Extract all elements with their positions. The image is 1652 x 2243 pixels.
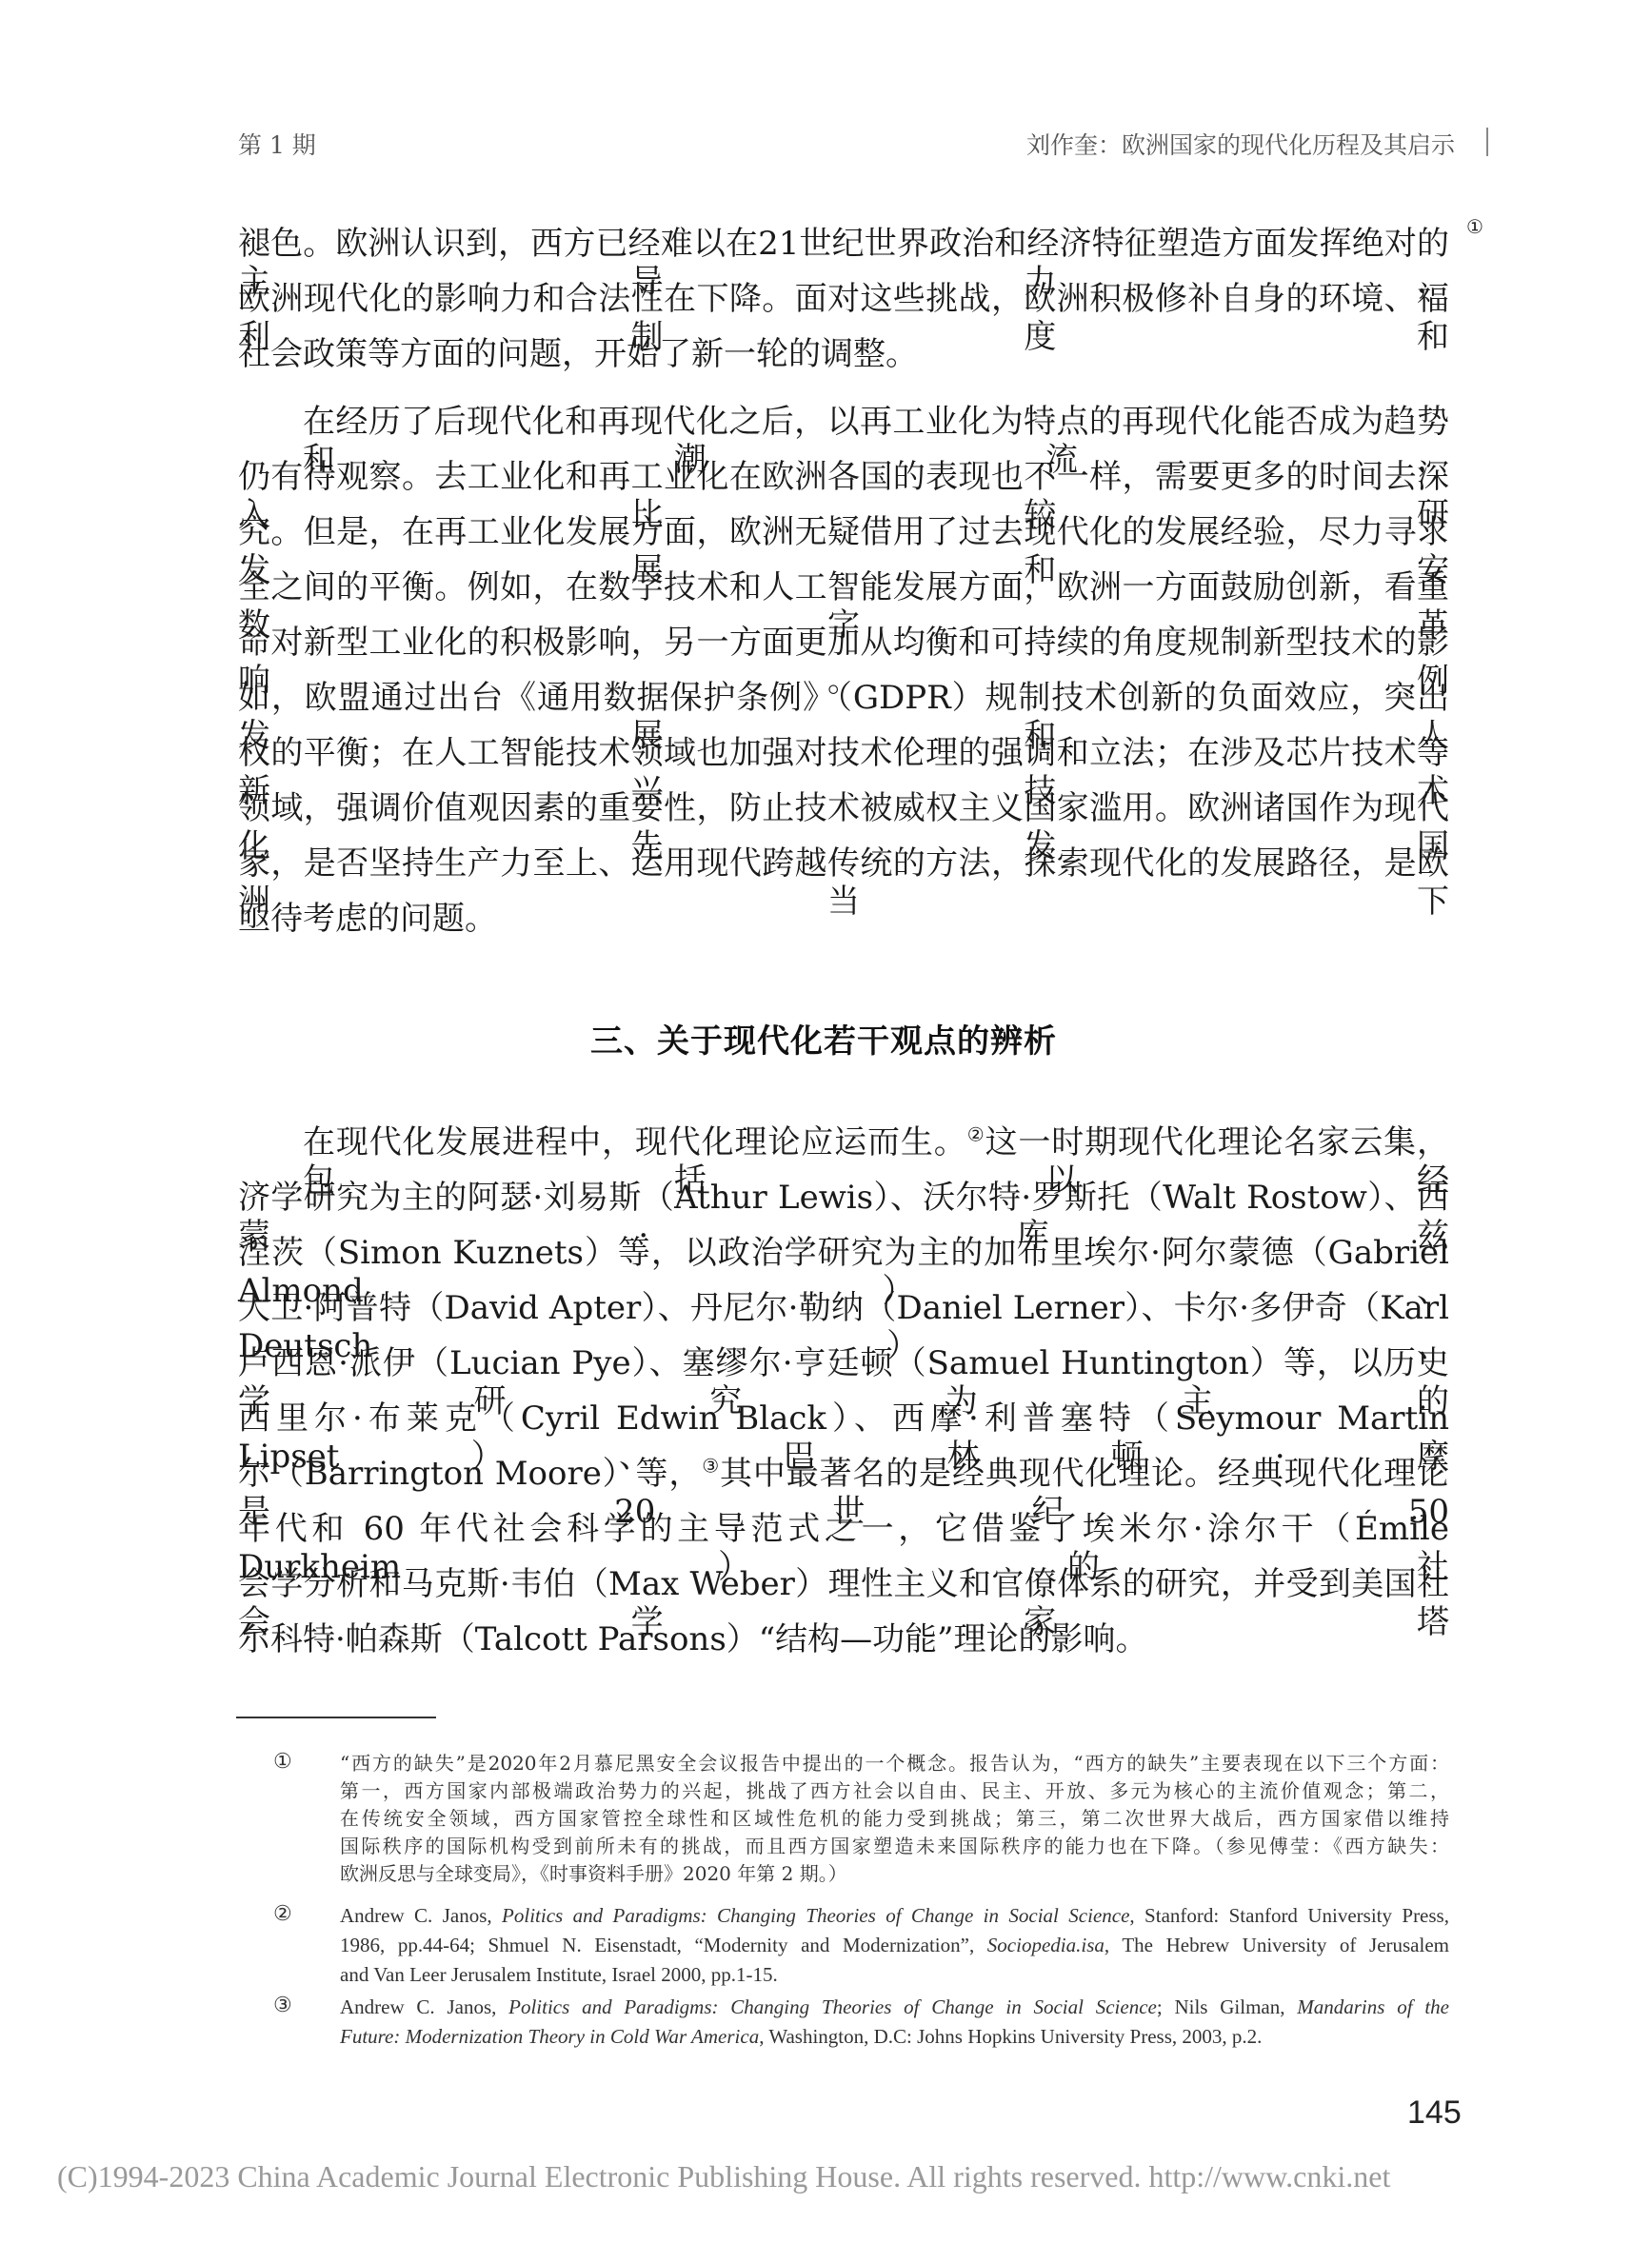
body-line: 在经历了后现代化和再现代化之后，以再工业化为特点的再现代化能否成为趋势和潮流， — [303, 403, 1449, 441]
body-line: 仍有待观察。去工业化和再工业化在欧洲各国的表现也不一样，需要更多的时间去深入比较… — [238, 458, 1449, 496]
footnote-line: and Van Leer Jerusalem Institute, Israel… — [340, 1962, 1449, 1987]
citation-text: , The Hebrew University of Jerusalem — [1105, 1934, 1449, 1956]
copyright-notice: (C)1994-2023 China Academic Journal Elec… — [57, 2159, 1390, 2194]
footnote-ref-3[interactable]: ③ — [702, 1455, 720, 1478]
body-line: 在现代化发展进程中，现代化理论应运而生。②这一时期现代化理论名家云集，包括以经 — [303, 1123, 1449, 1161]
body-line: 尔（Barrington Moore）等，③其中最著名的是经典现代化理论。经典现… — [238, 1455, 1449, 1493]
issue-number: 第 1 期 — [238, 127, 316, 161]
citation-publisher: , Washington, D.C: Johns Hopkins Univers… — [759, 2025, 1262, 2048]
footnote-line: 国际秩序的国际机构受到前所未有的挑战，而且西方国家塑造未来国际秩序的能力也在下降… — [340, 1834, 1449, 1858]
body-line: 权的平衡；在人工智能技术领域也加强对技术伦理的强调和立法；在涉及芯片技术等新兴技… — [238, 734, 1449, 772]
body-line: 亟待考虑的问题。 — [238, 900, 1449, 938]
body-line: 如，欧盟通过出台《通用数据保护条例》（GDPR）规制技术创新的负面效应，突出发展… — [238, 679, 1449, 717]
body-line: 褪色。欧洲认识到，西方已经难以在21世纪世界政治和经济特征塑造方面发挥绝对的主导… — [238, 225, 1449, 263]
footnote-marker: ③ — [273, 1994, 292, 2017]
footnote-line: 1986, pp.44-64; Shmuel N. Eisenstadt, “M… — [340, 1933, 1449, 1957]
body-line: 欧洲现代化的影响力和合法性在下降。面对这些挑战，欧洲积极修补自身的环境、福利制度… — [238, 280, 1449, 318]
body-line: 家，是否坚持生产力至上、运用现代跨越传统的方法，探索现代化的发展路径，是欧洲当下 — [238, 844, 1449, 883]
citation-title: Politics and Paradigms: Changing Theorie… — [508, 1995, 1157, 2018]
body-line: 会学分析和马克斯·韦伯（Max Weber）理性主义和官僚体系的研究，并受到美国… — [238, 1565, 1449, 1603]
body-line: 社会政策等方面的问题，开始了新一轮的调整。 — [238, 335, 1449, 373]
footnote-ref-2[interactable]: ② — [967, 1123, 985, 1146]
citation-title: Future: Modernization Theory in Cold War… — [340, 2025, 759, 2048]
footnote-line: Andrew C. Janos, Politics and Paradigms:… — [340, 1903, 1449, 1928]
citation-title: Politics and Paradigms: Changing Theorie… — [502, 1904, 1129, 1927]
citation-publisher: , Stanford: Stanford University Press, — [1129, 1904, 1449, 1927]
line-text: 尔科特·帕森斯（Talcott Parsons）“结构—功能”理论的影响。 — [238, 1620, 1449, 1658]
body-line: 西里尔·布莱克（Cyril Edwin Black）、西摩·利普塞特（Seymo… — [238, 1399, 1449, 1438]
footnote-line: “西方的缺失”是2020年2月慕尼黑安全会议报告中提出的一个概念。报告认为，“西… — [340, 1751, 1449, 1776]
footnote-line: Future: Modernization Theory in Cold War… — [340, 2024, 1449, 2049]
citation-journal: Sociopedia.isa — [987, 1934, 1105, 1956]
footnote-line: 在传统安全领域，西方国家管控全球性和区域性危机的能力受到挑战；第三，第二次世界大… — [340, 1806, 1449, 1831]
body-line: 全之间的平衡。例如，在数字技术和人工智能发展方面，欧洲一方面鼓励创新，看重数字革 — [238, 568, 1449, 606]
body-line: 济学研究为主的阿瑟·刘易斯（Athur Lewis）、沃尔特·罗斯托（Walt … — [238, 1179, 1449, 1217]
footnote-marker: ② — [273, 1902, 292, 1926]
body-line: 年代和 60 年代社会科学的主导范式之一，它借鉴了埃米尔·涂尔干（Émile D… — [238, 1510, 1449, 1548]
footnote-marker: ① — [273, 1750, 292, 1774]
footnote-line: Andrew C. Janos, Politics and Paradigms:… — [340, 1995, 1449, 2019]
citation-author: Andrew C. Janos, — [340, 1904, 502, 1927]
body-line: 命对新型工业化的积极影响，另一方面更加从均衡和可持续的角度规制新型技术的影响。例 — [238, 624, 1449, 662]
footnote-line: 第一，西方国家内部极端政治势力的兴起，挑战了西方社会以自由、民主、开放、多元为核… — [340, 1778, 1449, 1803]
header-divider — [1486, 128, 1488, 156]
body-line: 究。但是，在再工业化发展方面，欧洲无疑借用了过去现代化的发展经验，尽力寻求发展和… — [238, 513, 1449, 551]
citation-title: Mandarins of the — [1297, 1995, 1449, 2018]
body-line: 领域，强调价值观因素的重要性，防止技术被威权主义国家滥用。欧洲诸国作为现代化先发… — [238, 789, 1449, 827]
citation-author: Andrew C. Janos, — [340, 1995, 508, 2018]
line-text: 社会政策等方面的问题，开始了新一轮的调整。 — [238, 335, 1449, 373]
line-text-part: 尔（Barrington Moore）等， — [238, 1455, 702, 1493]
section-heading: 三、关于现代化若干观点的辨析 — [0, 1015, 1647, 1062]
citation-text: ; Nils Gilman, — [1157, 1995, 1297, 2018]
line-text-part: 在现代化发展进程中，现代化理论应运而生。 — [303, 1123, 967, 1161]
running-title: 刘作奎：欧洲国家的现代化历程及其启示 — [1026, 127, 1455, 161]
body-line: 涅茨（Simon Kuznets）等，以政治学研究为主的加布里埃尔·阿尔蒙德（G… — [238, 1234, 1449, 1272]
citation-text: 1986, pp.44-64; Shmuel N. Eisenstadt, “M… — [340, 1934, 987, 1956]
line-text: 亟待考虑的问题。 — [238, 900, 1449, 938]
body-line: 大卫·阿普特（David Apter）、丹尼尔·勒纳（Daniel Lerner… — [238, 1289, 1449, 1327]
page-number: 145 — [1407, 2094, 1462, 2132]
body-line: 卢西恩·派伊（Lucian Pye）、塞缪尔·亨廷顿（Samuel Huntin… — [238, 1344, 1449, 1382]
footnote-separator — [236, 1717, 436, 1718]
body-line: 尔科特·帕森斯（Talcott Parsons）“结构—功能”理论的影响。 — [238, 1620, 1449, 1658]
footnote-line: 欧洲反思与全球变局》，《时事资料手册》2020 年第 2 期。） — [340, 1861, 1449, 1886]
